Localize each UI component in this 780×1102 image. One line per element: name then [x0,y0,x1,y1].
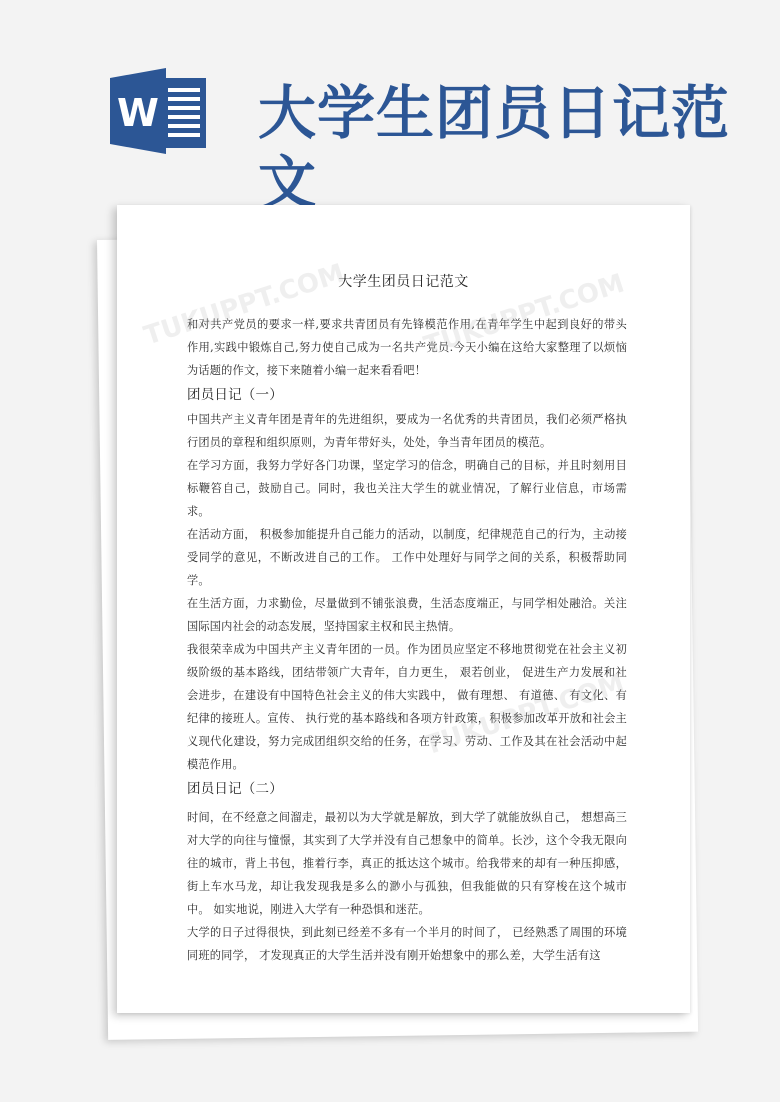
section-heading: 团员日记（一） [187,382,627,408]
paragraph: 时间，在不经意之间溜走，最初以为大学就是解放，到大学了就能放纵自己， 想想高三对… [187,806,627,921]
paragraph: 在生活方面，力求勤俭，尽量做到不铺张浪费，生活态度端正，与同学相处融洽。关注国际… [187,592,627,638]
document-body: 和对共产党员的要求一样,要求共青团员有先锋模范作用,在青年学生中起到良好的带头作… [187,313,627,967]
document-page: 大学生团员日记范文 和对共产党员的要求一样,要求共青团员有先锋模范作用,在青年学… [117,205,690,1013]
intro-paragraph: 和对共产党员的要求一样,要求共青团员有先锋模范作用,在青年学生中起到良好的带头作… [187,313,627,382]
word-document-icon: W [108,68,210,154]
document-title: 大学生团员日记范文 [117,271,690,291]
banner-title: 大学生团员日记范文 [258,78,780,218]
paragraph: 在活动方面， 积极参加能提升自己能力的活动，以制度，纪律规范自己的行为，主动接受… [187,523,627,592]
svg-text:W: W [117,91,159,135]
paragraph: 中国共产主义青年团是青年的先进组织，要成为一名优秀的共青团员，我们必须严格执行团… [187,408,627,454]
paragraph: 我很荣幸成为中国共产主义青年团的一员。作为团员应坚定不移地贯彻党在社会主义初级阶… [187,638,627,776]
section-heading: 团员日记（二） [187,776,627,802]
header-banner: W 大学生团员日记范文 [0,0,780,190]
paragraph: 大学的日子过得很快，到此刻已经差不多有一个半月的时间了， 已经熟悉了周围的环境同… [187,921,627,967]
paragraph: 在学习方面，我努力学好各门功课，坚定学习的信念，明确自己的目标，并且时刻用目标鞭… [187,454,627,523]
